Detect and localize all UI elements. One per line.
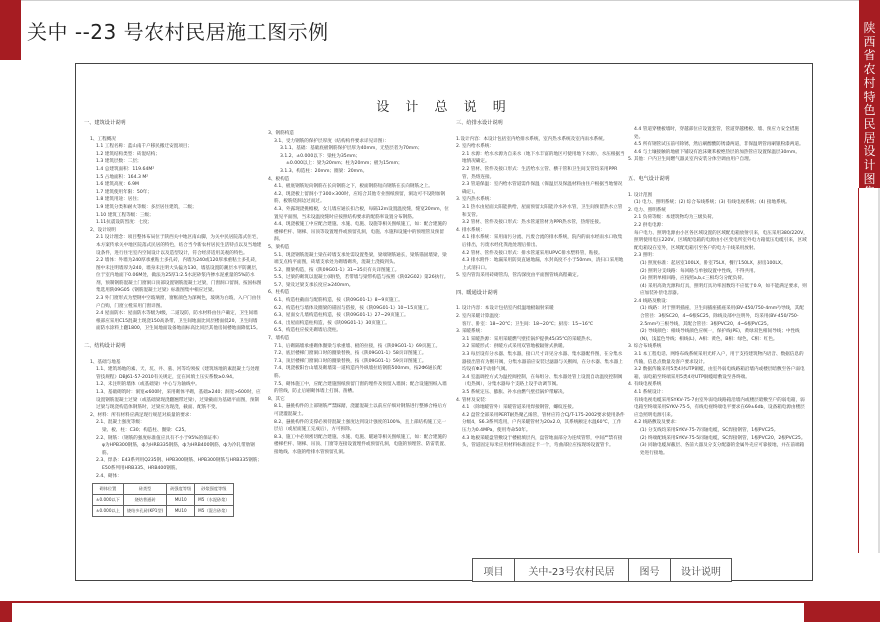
paragraph: 6.4、出屋面构造柱构造，按《陕09G01-1》30页施工。 xyxy=(268,320,450,328)
table-header: 砖强度等级 xyxy=(167,484,195,495)
paragraph: 6.1、构造柱截面与配筋构造，按《陕09G01-1》8~9页施工。 xyxy=(268,297,450,305)
section-heading-structure: 二、结构设计说明 xyxy=(84,343,262,351)
paragraph: 3.1.3、构造柱：20mm；圈梁：20mm。 xyxy=(268,168,450,176)
paragraph: 1. 设计范围 xyxy=(628,192,808,200)
paragraph: 1、工程概况 xyxy=(84,136,262,144)
bottom-bar-inner xyxy=(12,603,804,622)
paragraph: 5、梁构造 xyxy=(268,244,450,252)
paragraph: 2.3 外门窗形式为塑钢中空玻璃窗，窗框颜色为深褐色，玻璃为白玻，入户门由住户自… xyxy=(84,295,262,310)
paragraph: 1.7 建筑使用年限：50年； xyxy=(84,189,262,197)
paragraph: 1.11抗震设防烈度：七度； xyxy=(84,219,262,227)
paragraph: (2) 照明分支线路：每回路与单独设置中性线，不得共用。 xyxy=(628,268,808,276)
table-cell: 烧结普通砖 xyxy=(123,495,166,506)
paragraph: (4) 采用高效光源和灯具，照明灯具功率因数均不应低于0.9，如不能满足要求，则… xyxy=(628,283,808,298)
table-cell: ±0.000以下 xyxy=(93,495,124,506)
paragraph: E50系列用HRB335、HRB400钢筋。 xyxy=(84,465,262,473)
paragraph: 2.3 管道保温：室内给水管道需作保温（保温层及保温材料由住户根据当地情况确定）… xyxy=(456,181,626,196)
paragraph: 1.9 建筑分类和耐火等级：多层居住建筑，二级； xyxy=(84,204,262,212)
table-cell: ±0.000以上 xyxy=(93,506,124,517)
paragraph: 3.2 数据传输采用5类4对UTP铜缆，由室外弱电线路箱沿墙内或楼层暗敷至各户弱… xyxy=(628,366,808,381)
paragraph: 4.2 盘管全部采用PERT耐热聚乙烯管，管材应符合CJ/T-175-2002要… xyxy=(456,412,626,435)
paragraph: 7.4、现浇板阳台山墙及砌墙第一道构造内外纵墙拉结钢筋500mm，按2Φ6通长配… xyxy=(268,365,450,380)
masonry-table: 砌体位置砖类型砖强度等级砂浆强度等级 ±0.000以下烧结普通砖MU10M5（水… xyxy=(92,483,234,517)
plumbing-continued-paragraphs: 4.4 管道穿楼板墙时，穿越部位应设置套管，管道穿越楼板、墙、预应力安全措施处。… xyxy=(628,126,808,164)
paragraph: 客厅、卧室：18~20℃；卫生间：18~20℃；厨房：15~16℃ xyxy=(456,321,626,329)
paragraph: 4.3 排水附件：地漏采用防臭直通地漏，水封高度不小于50mm，清扫口采用地上式… xyxy=(456,257,626,272)
structure-detail-paragraphs: 3、钢筋构造3.1、受力钢筋的保护层厚度（结构构件要求详见详图）：3.1.1、基… xyxy=(268,130,450,457)
series-title-band: 陕西省农村特色民居设计图集 xyxy=(859,0,880,188)
paragraph: 8.3、施工中必须密切配合建施、水施、电施、暖通等相关图纸施工，如：配合建施的楼… xyxy=(268,434,450,457)
paragraph: 有线电视电缆采用SYKV-75-7由室外弱电线路箱沿墙内或楼层暗敷至户的弱电箱，… xyxy=(628,397,808,420)
column-plumbing-hvac: 三、给排水设计说明 1.设计内容：本设计包括室内给排水系统，室内热水系统及室内雨… xyxy=(456,116,626,450)
paragraph: (1) 分支线均采用SYKV-75-7同轴电缆，SC焊接钢管，1根PVC25。 xyxy=(628,427,808,435)
plumbing-paragraphs: 1.设计内容：本设计包括室内给排水系统，室内热水系统及室内雨水系统。2. 室内给… xyxy=(456,136,626,280)
hvac-paragraphs: 1. 设计内容：本设计包括室内低温地板辐射采暖2. 室内采暖计算温度：客厅、卧室… xyxy=(456,305,626,449)
title-block-label-drawing-no: 图号 xyxy=(629,559,671,581)
paragraph: 4.1 系统设计： xyxy=(628,389,808,397)
title-block-drawing-name: 设计说明 xyxy=(671,559,731,581)
section-heading-architecture: 一、建筑设计说明 xyxy=(84,120,262,128)
paragraph: 1.5 占地面积：164.3 M² xyxy=(84,174,262,182)
series-title-char: 民 xyxy=(863,118,875,132)
paragraph: ±0.000以上：梁为20mm；柱为20mm；板为15mm； xyxy=(268,160,450,168)
paragraph: 4. 有线电视系统 xyxy=(628,381,808,389)
structure-paragraphs: 1、基础与地基1.1、建筑场地的素、天、坑、井、墓、河等均须按《建筑场地的素混凝… xyxy=(84,359,262,481)
paragraph: 4、板构造 xyxy=(268,176,450,184)
paragraph: 2.1 设计理念：项目整体布局位于陕西关中地区南山脚，为关中民居院落式住宅，本方… xyxy=(84,234,262,257)
paragraph: 2.3、焊条：E43系列用Q235钢、HPB300钢筋、HPB300钢筋与HRB… xyxy=(84,457,262,465)
paragraph: 6.3、屋面女儿墙构造柱构造，按《陕09G01-1》27~29页施工。 xyxy=(268,312,450,320)
brand-bar-left xyxy=(0,0,21,60)
table-cell: 烧结多孔砖(KP1型) xyxy=(123,506,166,517)
series-title-char: 陕 xyxy=(863,22,875,36)
title-block-project-name: 关中-23号农村民居 xyxy=(515,559,629,581)
document-title: 设 计 总 说 明 xyxy=(76,96,812,115)
paragraph: 2、设计说明 xyxy=(84,227,262,235)
paragraph: 1.1、建筑场地的素、天、坑、井、墓、河等均须按《建筑场地的素混凝土与处理管技规… xyxy=(84,366,262,381)
paragraph: 2.3 照明： xyxy=(628,252,808,260)
section-heading-hvac: 四、暖通设计说明 xyxy=(456,290,626,298)
paragraph: 3.1、受力钢筋的保护层厚度（结构构件要求详见详图）： xyxy=(268,138,450,146)
paragraph: 1、基础与地基 xyxy=(84,359,262,367)
paragraph: 4. 排水系统： xyxy=(456,227,626,235)
series-title-char: 集 xyxy=(863,186,875,200)
paragraph: 5. 其他：户内卫生间燃气器灵室内安装分体空调由用户自理。 xyxy=(628,156,808,164)
paragraph: 2. 室内给水系统： xyxy=(456,143,626,151)
paragraph: 5.1、现浇钢筋混凝土梁在砖墙支承处需设置垫梁，梁端钢筋通长，梁筋锚固墙梁，梁端… xyxy=(268,252,450,267)
paragraph: (1) 照度标准：起居室100LX，卧室75LX，餐厅150LX，厨房100LX… xyxy=(628,260,808,268)
paragraph: (1) 线路：对于照明插座，卫生间插座插座采用(BV-450/750-4mm²)… xyxy=(628,305,808,328)
page-title: 关中 --23 号农村民居施工图示例 xyxy=(27,16,329,45)
paragraph: 8.2、悬挑构件的支撑必须待混凝土强度达到设计强度的100%，且上部结构施工完一… xyxy=(268,419,450,434)
electrical-paragraphs: 1. 设计范围(1) 电力、照明系统；(2) 综合布线系统；(3) 有线电视系统… xyxy=(628,192,808,458)
paragraph: 2.4 屋面防水：屋面防水等级为Ⅰ级，二道设防，防水材料由住户确定，卫生间墙根部… xyxy=(84,310,262,333)
paragraph: 1.3、基础砌筑时：洞宽≤600时，采用砌体平砌，基础≥240；洞宽>600时，… xyxy=(84,389,262,412)
paragraph: 2.2 管材、管件及接口形式：生活给水立管、横干管和卫生间支管均采用PPR管，热… xyxy=(456,166,626,181)
top-divider xyxy=(21,0,880,1)
paragraph: 6.5、构造柱应按先砌墙后浇柱。 xyxy=(268,327,450,335)
paragraph: 4.3 地板采暖盘管敷设于楼板填层内，盘管地面部分为连续管带，中间严禁有接头，管… xyxy=(456,435,626,450)
paragraph: 3. 综合布线系统 xyxy=(628,343,808,351)
column-structure-detail: 3、钢筋构造3.1、受力钢筋的保护层厚度（结构构件要求详见详图）：3.1.1、基… xyxy=(268,130,450,457)
paragraph: 6、柱构造 xyxy=(268,289,450,297)
paragraph: 2.1 负荷等级：本建筑物均为三级负荷。 xyxy=(628,214,808,222)
paragraph: 3.2 管材、管件及接口形式：热水管道管材为PPR热水管，热熔连接。 xyxy=(456,219,626,227)
paragraph: 1.8 建筑用途：居住； xyxy=(84,196,262,204)
series-title-char: 省 xyxy=(863,49,875,63)
paragraph: 梁、板、柱：C30；构造柱、圈梁：C25。 xyxy=(84,427,262,435)
paragraph: 2.4 线路及敷设： xyxy=(628,298,808,306)
paragraph: 4.2 管材、管件及接口形式：排水管道采用UPVC排水塑料管，粘接。 xyxy=(456,250,626,258)
series-title-char: 村 xyxy=(863,77,875,91)
paragraph: 7、墙构造 xyxy=(268,335,450,343)
paragraph: φ为HPB300钢筋，ф为HRB335钢筋，ф为HRB400钢筋，ф为冷轧带肋钢… xyxy=(84,442,262,457)
series-title-char: 农 xyxy=(863,63,875,77)
section-heading-plumbing: 三、给排水设计说明 xyxy=(456,120,626,128)
paragraph: 3.1.1、基础：基础底板钢筋保护层厚为40mm，无垫层者为70mm； xyxy=(268,145,450,153)
paragraph: 4.1、板底钢筋短向钢筋在长向钢筋之下，板面钢筋短向钢筋在长向钢筋之上。 xyxy=(268,183,450,191)
series-title-char: 计 xyxy=(863,159,875,173)
paragraph: 3.1 本工程电话、网络布线系统采用光纤入户，用于支持建筑物内语音、数据信息的传… xyxy=(628,351,808,366)
table-cell: MU10 xyxy=(167,506,195,517)
paragraph: 1.3 建筑层数：二层； xyxy=(84,158,262,166)
paragraph: 7.2、底层楼梯门窗洞口时的圈梁替换，按《陕09G01-1》58页详图施工。 xyxy=(268,350,450,358)
paragraph: 3、钢筋构造 xyxy=(268,130,450,138)
paragraph: (2) 终端配线采用SYKV-75-5同轴电缆，SC焊接钢管，1根PVC20，2… xyxy=(628,435,808,443)
title-block: 项目 关中-23号农村民居 图号 设计说明 xyxy=(472,558,732,582)
paragraph: 1.2 建筑结构类型：砖混结构； xyxy=(84,151,262,159)
paragraph: 2.2 供电电源： xyxy=(628,222,808,230)
paragraph: (3) 照明单相回路，应按照a,b,c三相均匀分配负荷。 xyxy=(628,275,808,283)
paragraph: 1.设计内容：本设计包括室内给排水系统，室内热水系统及室内雨水系统。 xyxy=(456,136,626,144)
paragraph: 5.7、梁及过梁支承长度应≥240mm。 xyxy=(268,282,450,290)
paragraph: (3) 同轴电缆屏蔽层、各前大器及分支分配器的金属外壳应可靠接地，并在前端箱处进… xyxy=(628,442,808,457)
table-header: 砌体位置 xyxy=(93,484,124,495)
paragraph: 2.1 水源：给水水源为自来水（地下水丰富的地区可使用地下水源），水压根据当地情… xyxy=(456,151,626,166)
paragraph: 3.4 室温调控方式为温控阀控制，在每组分、集水器处管上设置自动温度控制阀（电热… xyxy=(456,374,626,389)
paragraph: 1.1 工程名称：蓝山南千户移民搬迁安置项目； xyxy=(84,143,262,151)
table-header: 砖类型 xyxy=(123,484,166,495)
section-heading-electrical: 五、电气设计说明 xyxy=(628,176,808,184)
title-block-label-project: 项目 xyxy=(473,559,515,581)
paragraph: 7.3、顶层楼梯门窗洞口时的圈梁替换，按《陕09G01-1》59页详图施工。 xyxy=(268,358,450,366)
paragraph: 4.3、外露现浇挑檐板，女儿墙应通长扣合板，每隔12m设置温度缝，缝宽20mm，… xyxy=(268,206,450,221)
paragraph: 3.1 采暖热源：采用采暖燃气壁挂锅炉提供45/35℃的采暖热水。 xyxy=(456,336,626,344)
paragraph: 4.5 所有钢管试压前可除锈，然后刷醇酸防锈漆两道，非保温明管再刷银粉漆两道。 xyxy=(628,141,808,149)
paragraph: 7.5、砌体施工中，应配合建施图纸预留门窗的埋件及预留入墙洞；配合设施图纸入墙的… xyxy=(268,381,450,396)
table-cell: MU10 xyxy=(167,495,195,506)
paragraph: 4.2、现浇板上留洞小于300×300时，应结合其他专业图纸预留，洞边可不设附加… xyxy=(268,191,450,206)
paragraph: 4.4 管道穿楼板墙时，穿越部位应设置套管，管道穿越楼板、墙、预应力安全措施处。 xyxy=(628,126,808,141)
table-header: 砂浆强度等级 xyxy=(195,484,233,495)
drawing-frame: 设 计 总 说 明 一、建筑设计说明 1、工程概况1.1 工程名称：蓝山南千户移… xyxy=(75,63,813,581)
paragraph: 4.1 （除地暖管外）采暖管道采用焊接钢管，螺纹连接。 xyxy=(456,404,626,412)
paragraph: 6.2、构造柱与墙体及圈梁的锚固与搭接，按《陕09G01-1》10~15页施工。 xyxy=(268,305,450,313)
paragraph: 5.2、圈梁构造，按《陕09G01-1》31~35页有关详图施工。 xyxy=(268,267,450,275)
paragraph: 3.1 热水由屋面太阳能供给，屋面预留太阳能冷水补水管，卫生间预留热水立管和支管… xyxy=(456,204,626,219)
paragraph: 5. 室内管沟采用砖砌管沟，管沟深度由平面图管线高程确定。 xyxy=(456,272,626,280)
paragraph: 7.1、后砌隔墙承重砌体圈梁与承重墙、板的拉接，按《陕09G01-1》69页施工… xyxy=(268,343,450,351)
paragraph: 1.6 建筑高度：6.9M xyxy=(84,181,262,189)
paragraph: 3. 采暖系统： xyxy=(456,328,626,336)
paragraph: 4.2 线路敷设及要求： xyxy=(628,419,808,427)
paragraph: 1.2、未注明的墙体（或基础梁）中心与为轴线中。 xyxy=(84,381,262,389)
column-architecture: 一、建筑设计说明 1、工程概况1.1 工程名称：蓝山南千户移民搬迁安置项目；1.… xyxy=(84,116,262,517)
paragraph: 8.1、悬挑构件的上部钢筋严禁踩踏，浇灌混凝土以前应仔细对钢筋进行整修合格后方可… xyxy=(268,403,450,418)
paragraph: 4.1 排水系统：采用雨污分流、污废合流的排水系统，院内的雨水经雨水口收集后排出… xyxy=(456,234,626,249)
table-cell: M5（水泥砂浆） xyxy=(195,495,233,506)
table-cell: M5（混合砂浆） xyxy=(195,506,233,517)
paragraph: 3.1.2、±0.000以下：梁柱为35mm； xyxy=(268,153,450,161)
table-row: ±0.000以下烧结普通砖MU10M5（水泥砂浆） xyxy=(93,495,234,506)
paragraph: 5.5、过梁的砌筑以混凝土(砌)垫，若带墙与梁带构造与按照《陕02G02》第26… xyxy=(268,274,450,282)
paragraph: 8、其它 xyxy=(268,396,450,404)
paragraph: 3.3 每层设有分水器、集水器，接口尺寸详见分水器、集水器配件图，在分集水器接出… xyxy=(456,351,626,374)
paragraph: 1.10 建筑工程等级：三级； xyxy=(84,212,262,220)
series-title-char: 居 xyxy=(863,132,875,146)
paragraph: 3.5 系统定压、膨胀、补水由燃气壁挂锅炉带解决。 xyxy=(456,389,626,397)
paragraph: 2. 电力、照明系统 xyxy=(628,207,808,215)
paragraph: (2) 导线颜色：相线导线颜色应统一，保护线(PE)，黄绿双色相间导线；中性线(… xyxy=(628,328,808,343)
paragraph: (1) 电力、照明系统；(2) 综合布线系统；(3) 有线电视系统；(4) 接地… xyxy=(628,199,808,207)
paragraph: 3. 室内热水系统： xyxy=(456,196,626,204)
right-rule xyxy=(858,188,859,553)
paragraph: 2.1、混凝土强度等级： xyxy=(84,419,262,427)
series-title-char: 色 xyxy=(863,104,875,118)
paragraph: 2.2 墙体：外墙为240厚承重粘土多孔砖，内墙为240或120厚承重粘土多孔砖… xyxy=(84,257,262,295)
architecture-paragraphs: 1、工程概况1.1 工程名称：蓝山南千户移民搬迁安置项目；1.2 建筑结构类型：… xyxy=(84,136,262,333)
paragraph: 2、材料：所有材料应满足现行规范对质量的要求： xyxy=(84,412,262,420)
paragraph: 2.4、砌体： xyxy=(84,473,262,481)
paragraph: 1.4 总建筑面积：119.64M² xyxy=(84,166,262,174)
paragraph: 4. 管材及安装： xyxy=(456,397,626,405)
paragraph: 3.2 采暖形式：供暖方式采用双管地板辐射式供暖。 xyxy=(456,343,626,351)
table-row: ±0.000以上烧结多孔砖(KP1型)MU10M5（混合砂浆） xyxy=(93,506,234,517)
paragraph: 2. 室内采暖计算温度： xyxy=(456,313,626,321)
paragraph: 1. 设计内容：本设计包括室内低温地板辐射采暖 xyxy=(456,305,626,313)
paragraph: 4.4、现浇板施工中应配合建施、水施、电施、设施等相关图纸施工，如：配合建施的楼… xyxy=(268,221,450,244)
paragraph: 4.6 与土壤接触的地板下铺设有泡沫聚苯板绝热层的加热管应设置保温层30mm。 xyxy=(628,149,808,157)
column-electrical: 4.4 管道穿楼板墙时，穿越部位应设置套管，管道穿越楼板、墙、预应力安全措施处。… xyxy=(628,126,808,457)
series-title-char: 特 xyxy=(863,91,875,105)
series-title-char: 设 xyxy=(863,145,875,159)
paragraph: 2.2、钢筋：（钢筋的强度标准值应具有不小于95%的保证率） xyxy=(84,435,262,443)
paragraph: 每户电力、照明电源由小区各区域设置的区域配电箱放射引来，电压采用380/220V… xyxy=(628,230,808,253)
